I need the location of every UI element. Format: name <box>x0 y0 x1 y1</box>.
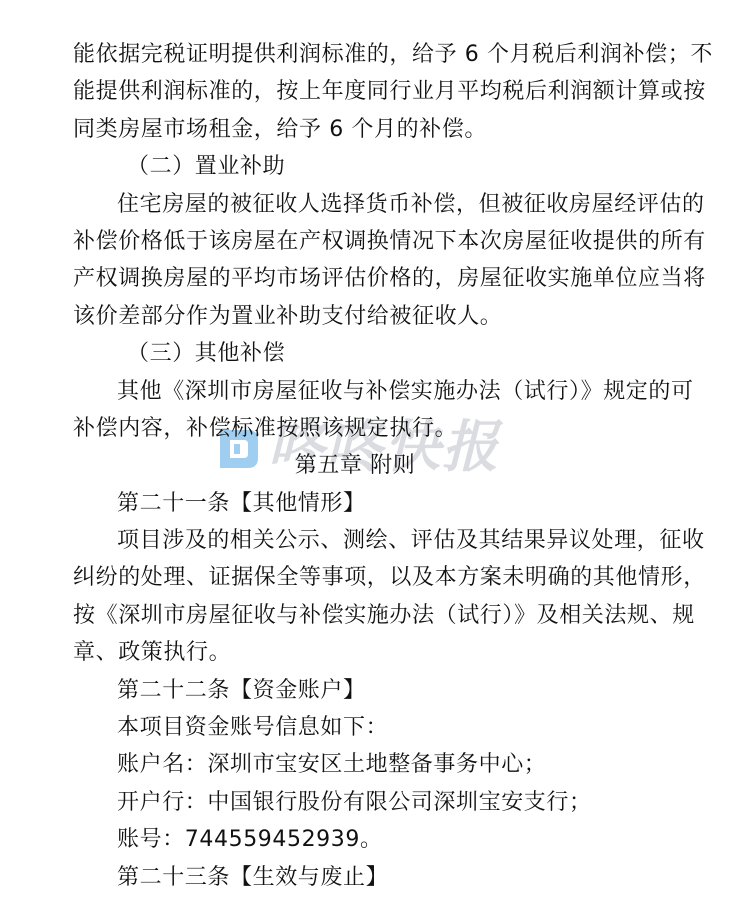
article-heading-22: 第二十二条【资金账户】 <box>73 672 677 709</box>
article-heading-21: 第二十一条【其他情形】 <box>73 485 677 522</box>
account-bank: 开户行：中国银行股份有限公司深圳宝安支行； <box>73 784 677 821</box>
document-page: 能依据完税证明提供利润标准的，给予 6 个月税后利润补偿；不 能提供利润标准的，… <box>73 36 677 896</box>
paragraph-line: 项目涉及的相关公示、测绘、评估及其结果异议处理，征收 <box>73 522 677 559</box>
account-intro: 本项目资金账号信息如下： <box>73 709 677 746</box>
chapter-title: 第五章 附则 <box>73 447 677 484</box>
account-name: 账户名：深圳市宝安区土地整备事务中心； <box>73 746 677 783</box>
paragraph-line: 产权调换房屋的平均市场评估价格的，房屋征收实施单位应当将 <box>73 260 677 297</box>
paragraph-line: 补偿内容，补偿标准按照该规定执行。 <box>73 410 677 447</box>
paragraph-line: 补偿价格低于该房屋在产权调换情况下本次房屋征收提供的所有 <box>73 223 677 260</box>
section-heading-placement-subsidy: （二）置业补助 <box>73 148 677 185</box>
paragraph-line: 章、政策执行。 <box>73 634 677 671</box>
section-heading-other-compensation: （三）其他补偿 <box>73 335 677 372</box>
paragraph-line: 能依据完税证明提供利润标准的，给予 6 个月税后利润补偿；不 <box>73 36 677 73</box>
paragraph-line: 该价差部分作为置业补助支付给被征收人。 <box>73 298 677 335</box>
paragraph-line: 按《深圳市房屋征收与补偿实施办法（试行）》及相关法规、规 <box>73 597 677 634</box>
paragraph-line: 住宅房屋的被征收人选择货币补偿，但被征收房屋经评估的 <box>73 186 677 223</box>
paragraph-line: 纠纷的处理、证据保全等事项，以及本方案未明确的其他情形， <box>73 559 677 596</box>
paragraph-line: 其他《深圳市房屋征收与补偿实施办法（试行）》规定的可 <box>73 373 677 410</box>
paragraph-line: 同类房屋市场租金，给予 6 个月的补偿。 <box>73 111 677 148</box>
paragraph-line: 能提供利润标准的，按上年度同行业月平均税后利润额计算或按 <box>73 73 677 110</box>
article-heading-23: 第二十三条【生效与废止】 <box>73 859 677 896</box>
account-number: 账号：744559452939。 <box>73 821 677 858</box>
